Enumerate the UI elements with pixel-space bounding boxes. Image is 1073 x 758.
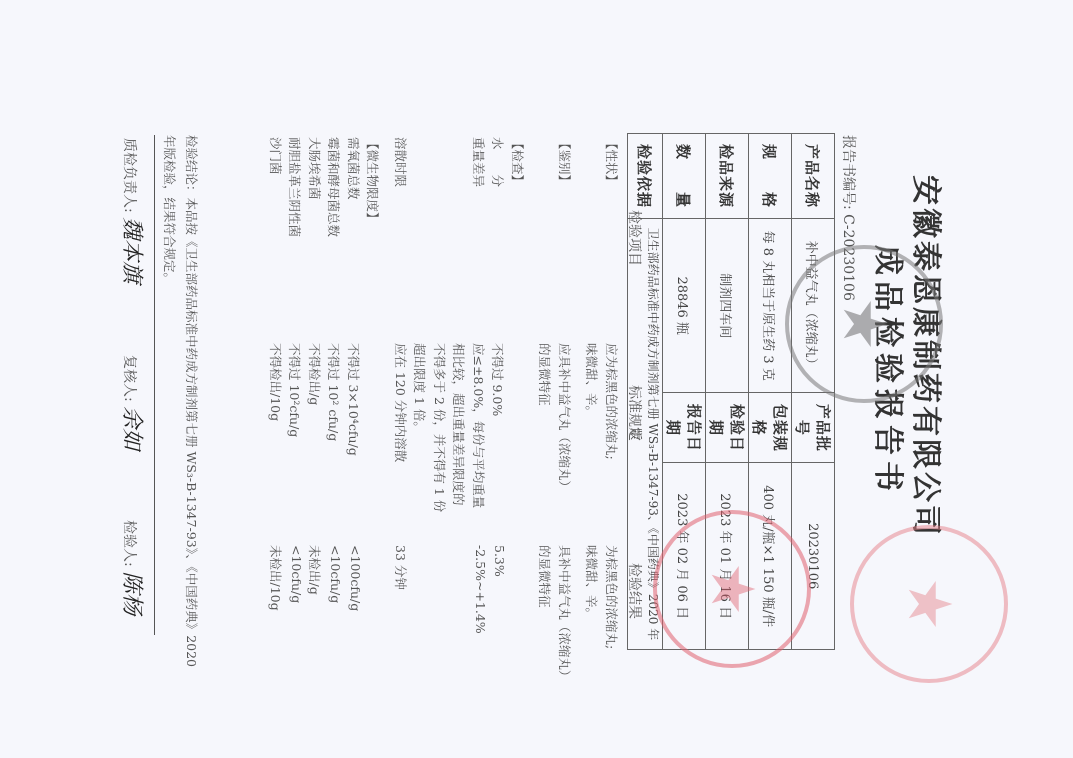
qa-signature: 质检负责人: 魏本旗 (118, 138, 149, 283)
result-result: 5.3% (493, 545, 508, 577)
conclusion-line-1: 检验结论：本品按《卫生部药品标准中药成方制剂第七册 WS₃-B-1347-93》… (183, 135, 201, 667)
info-label: 产品名称 (792, 134, 835, 219)
inspection-report-page: 安徽泰恩康制药有限公司 成品检验报告书 报告书编号: C-20230106 产品… (0, 0, 1073, 758)
review-sign: 余如 (119, 406, 144, 450)
info-value: 补中益气丸（浓缩丸） (792, 218, 835, 393)
qa-sign: 魏本旗 (119, 217, 144, 283)
result-standard: 不得过 10²cfu/g (287, 343, 305, 437)
info-value: 2023 年 02 月 06 日 (663, 463, 706, 650)
result-result: <10cfu/g (290, 545, 305, 603)
info-label: 报告日期 (663, 393, 706, 463)
column-header-item: 检验项目 (625, 210, 645, 266)
info-row: 规 格每 8 丸相当于原生药 3 克包装规格400 丸/瓶×1 150 瓶/件 (749, 134, 792, 650)
info-label: 数 量 (663, 134, 706, 219)
info-label: 包装规格 (749, 393, 792, 463)
result-standard: 的显微特征 (537, 343, 555, 406)
result-item: 耐胆盐革兰阴性菌 (287, 137, 305, 237)
result-result: 味微甜、辛。 (584, 545, 602, 620)
result-result: 未检出/10g (267, 545, 285, 611)
result-result: -2.5%~+1.4% (473, 545, 488, 634)
result-standard: 应≤±8.0%，每份与平均重量 (470, 343, 488, 508)
info-label: 规 格 (749, 134, 792, 219)
signature-divider (154, 135, 155, 635)
result-item: 重量差异 (470, 137, 488, 187)
info-row: 数 量28846 瓶报告日期2023 年 02 月 06 日 (663, 134, 706, 650)
column-header-standard: 标准规定 (625, 385, 645, 441)
info-value: 400 丸/瓶×1 150 瓶/件 (749, 463, 792, 650)
quality-management-seal: ★ (850, 525, 1008, 683)
review-label: 复核人: (121, 355, 137, 402)
inspector-signature: 检验人: 陈杨 (118, 520, 149, 615)
result-standard: 不得过 9.0% (490, 343, 508, 416)
section-heading: 【微生物限度】 (365, 137, 383, 225)
result-item: 需氧菌总数 (345, 137, 363, 200)
result-result: 33 分钟 (392, 545, 410, 590)
result-standard: 不得过 3×10⁴cfu/g (345, 343, 363, 456)
info-label: 检验日期 (706, 393, 749, 463)
result-standard: 应为棕黑色的浓缩丸; (603, 343, 621, 460)
result-standard: 超出限度 1 倍。 (412, 343, 430, 434)
review-signature: 复核人: 余如 (118, 355, 149, 450)
company-name: 安徽泰恩康制药有限公司 (907, 175, 951, 538)
info-label: 检验依据 (628, 134, 663, 219)
result-standard: 不得检出/g (306, 343, 324, 405)
report-title: 成品检验报告书 (869, 245, 913, 497)
report-number-label: 报告书编号: (840, 135, 856, 210)
info-value: 2023 年 01 月 16 日 (706, 463, 749, 650)
info-label: 检品来源 (706, 134, 749, 219)
info-value: 28846 瓶 (663, 218, 706, 393)
product-info-table: 产品名称补中益气丸（浓缩丸）产品批号20230106规 格每 8 丸相当于原生药… (627, 133, 835, 650)
result-result: 具补中益气丸（浓缩丸） (556, 545, 574, 683)
section-heading: 【鉴别】 (556, 137, 574, 187)
inspector-sign: 陈杨 (119, 571, 144, 615)
result-result: <100cfu/g (348, 545, 363, 611)
result-standard: 不得过 10² cfu/g (326, 343, 344, 441)
result-item: 沙门菌 (267, 137, 285, 175)
result-item: 水 分 (490, 137, 508, 187)
result-item: 溶散时限 (392, 137, 410, 187)
result-standard: 应具补中益气丸（浓缩丸） (556, 343, 574, 493)
section-heading: 【检查】 (509, 137, 527, 187)
result-result: 为棕黑色的浓缩丸; (603, 545, 621, 649)
result-standard: 相比较，超出重量差异限度的 (451, 343, 469, 506)
result-standard: 不得多于 2 份，并不得有 1 份 (431, 343, 449, 512)
result-item: 大肠埃希菌 (306, 137, 324, 200)
column-header-result: 检验结果 (625, 563, 645, 619)
result-item: 霉菌和酵母菌总数 (326, 137, 344, 237)
inspector-label: 检验人: (121, 520, 137, 567)
result-standard: 不得检出/10g (267, 343, 285, 421)
result-standard: 应在 120 分钟内溶散 (392, 343, 410, 462)
info-label: 产品批号 (792, 393, 835, 463)
info-row: 产品名称补中益气丸（浓缩丸）产品批号20230106 (792, 134, 835, 650)
result-standard: 味微甜、辛。 (584, 343, 602, 418)
star-icon: ★ (899, 577, 959, 631)
info-value: 制剂四车间 (706, 218, 749, 393)
section-heading: 【性状】 (603, 137, 621, 187)
info-row: 检品来源制剂四车间检验日期2023 年 01 月 16 日 (706, 134, 749, 650)
result-result: 的显微特征 (537, 545, 555, 608)
result-result: <10cfu/g (329, 545, 344, 603)
info-value: 每 8 丸相当于原生药 3 克 (749, 218, 792, 393)
result-result: 未检出/g (306, 545, 324, 595)
report-number-value: C-20230106 (840, 214, 856, 301)
info-value: 20230106 (792, 463, 835, 650)
report-number: 报告书编号: C-20230106 (839, 135, 859, 301)
conclusion-line-2: 年版检验，结果符合规定。 (161, 135, 179, 285)
qa-label: 质检负责人: (121, 138, 137, 213)
